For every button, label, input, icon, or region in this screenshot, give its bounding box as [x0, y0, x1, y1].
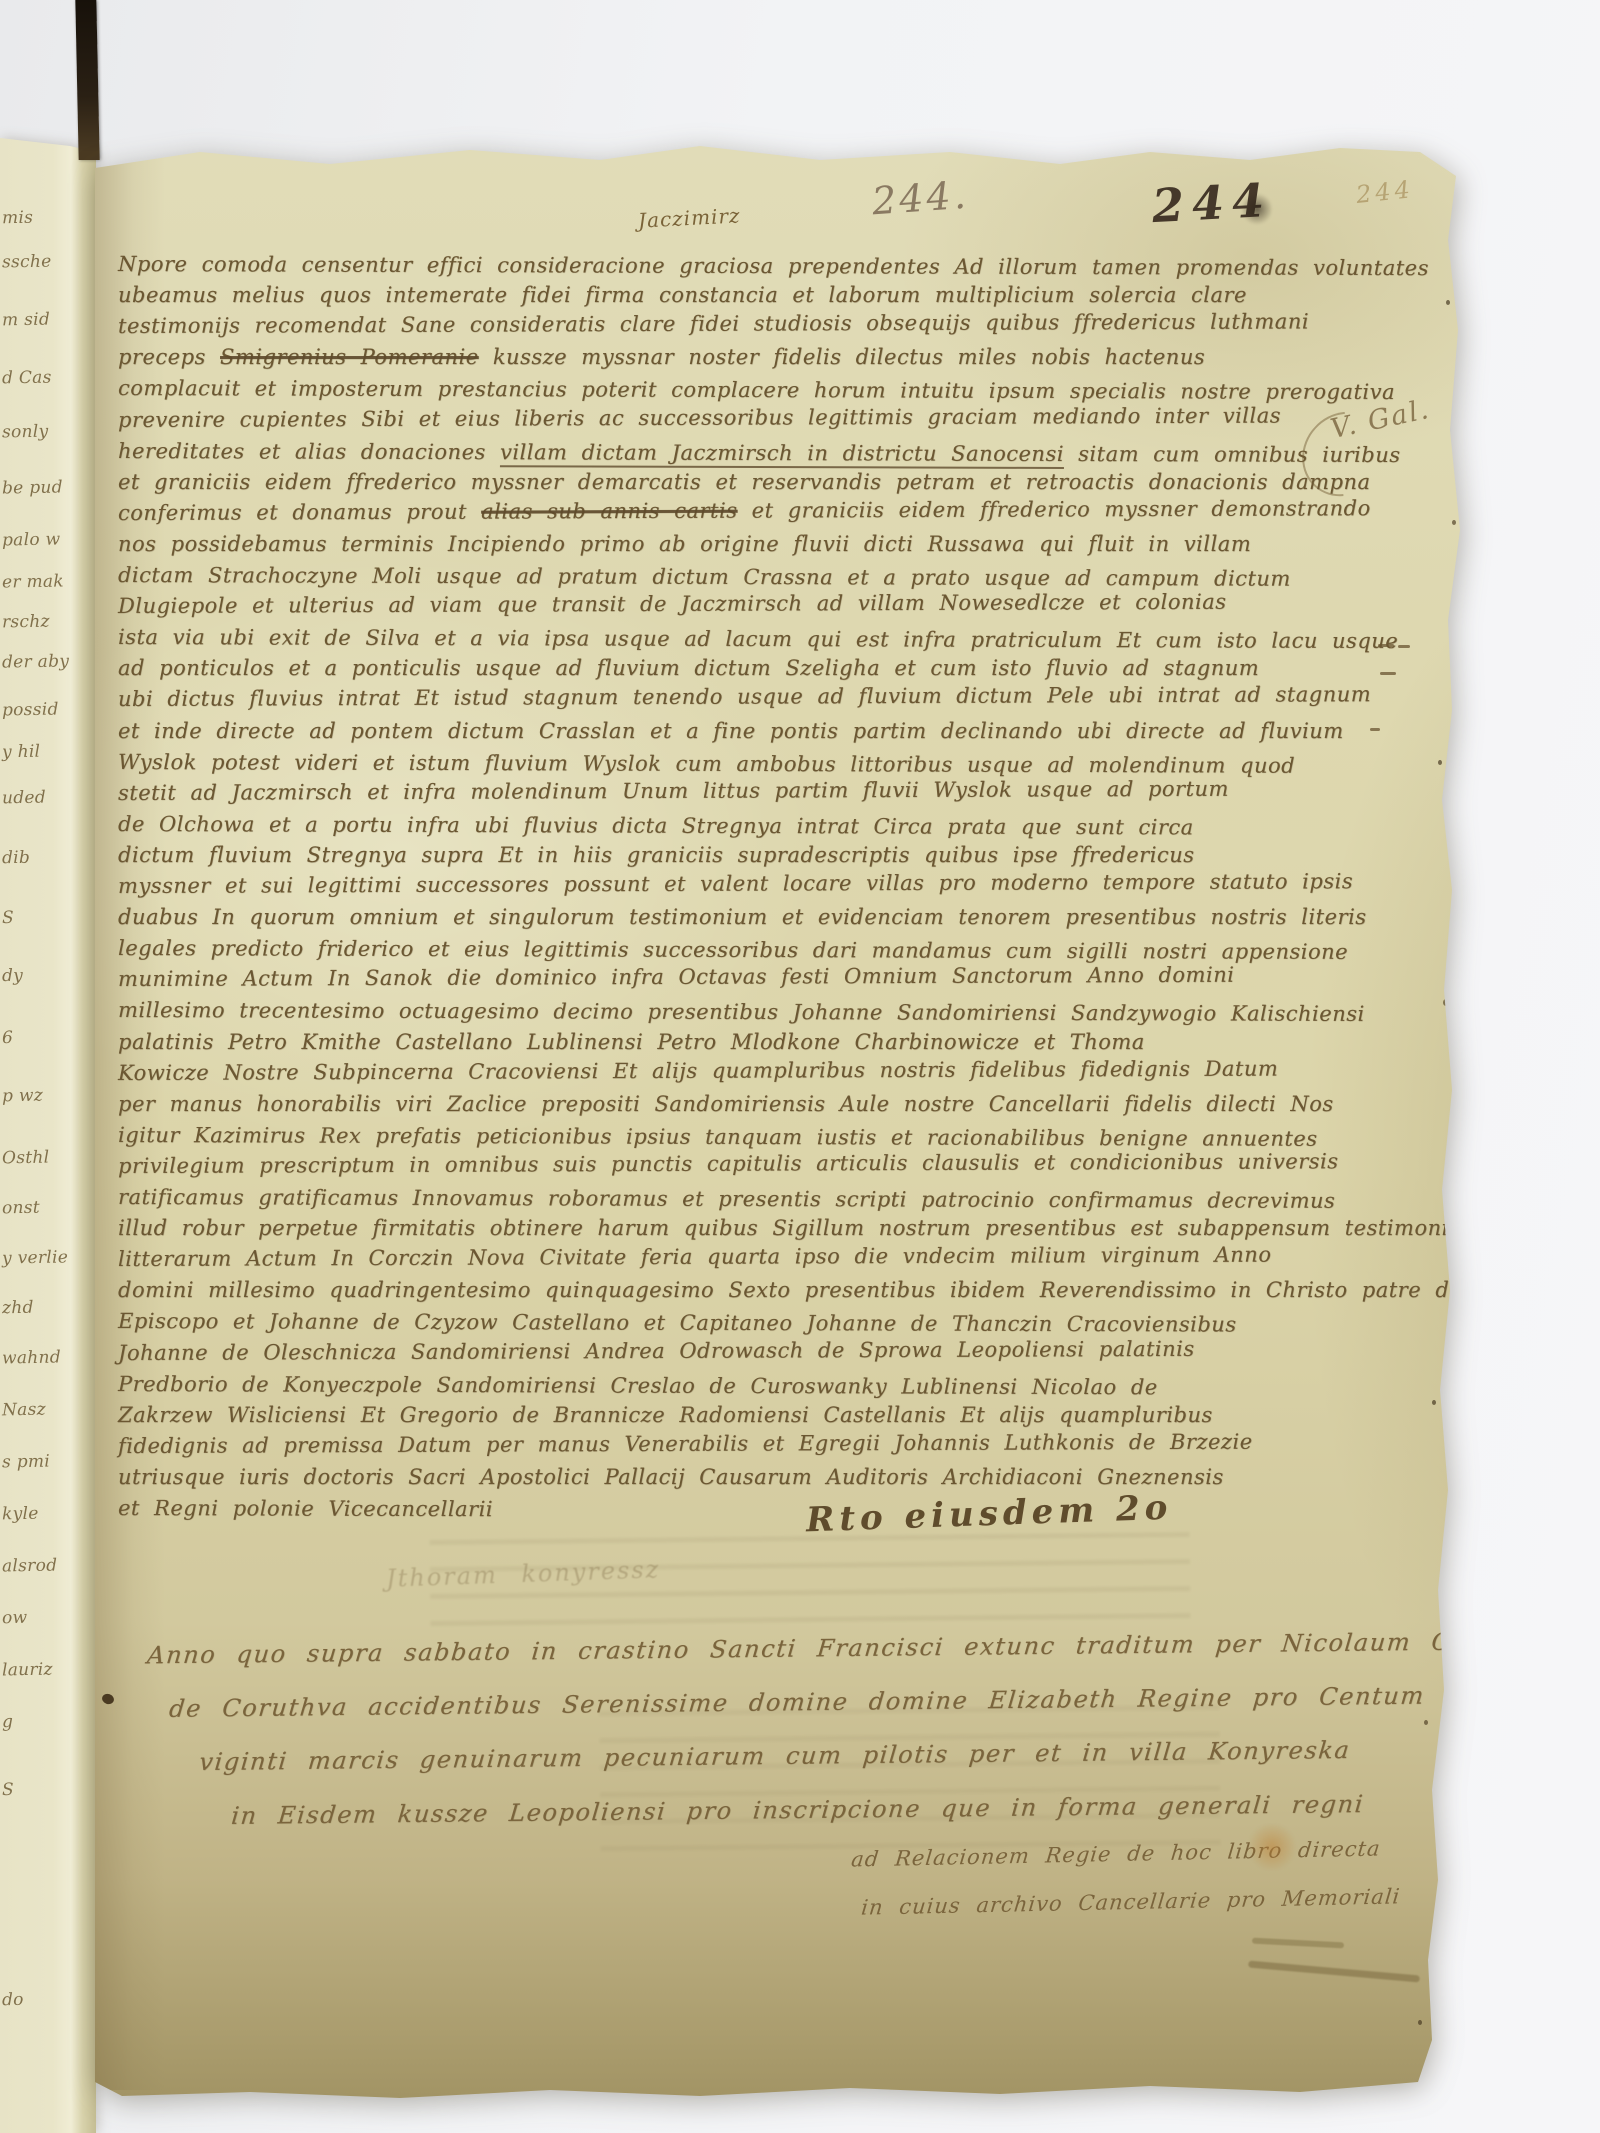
stain — [1246, 1824, 1298, 1870]
text-segment: et inde directe ad pontem dictum Crassla… — [118, 719, 1344, 743]
text-segment: Episcopo et Johanne de Czyzow Castellano… — [118, 1309, 1237, 1337]
text-line: stetit ad Jaczmirsch et infra molendinum… — [118, 776, 1229, 804]
text-segment-strike: alias sub annis cartis — [481, 498, 737, 523]
text-segment: privilegium prescriptum in omnibus suis … — [118, 1149, 1339, 1178]
text-line: Dlugiepole et ulterius ad viam que trans… — [118, 590, 1227, 618]
edge-dash — [1378, 644, 1394, 647]
text-segment: duabus In quorum omnium et singulorum te… — [118, 905, 1367, 929]
text-line: conferimus et donamus prout alias sub an… — [118, 496, 1371, 525]
text-line: dictum fluvium Stregnya supra Et in hiis… — [118, 843, 1195, 867]
page-number-center: 244. — [871, 173, 970, 224]
text-line: Kowicze Nostre Subpincerna Cracoviensi E… — [118, 1056, 1278, 1084]
text-segment: igitur Kazimirus Rex prefatis peticionib… — [118, 1123, 1318, 1151]
text-segment: Zakrzew Wisliciensi Et Gregorio de Brann… — [118, 1403, 1213, 1427]
text-line: testimonijs recomendat Sane consideratis… — [118, 310, 1309, 339]
text-segment: millesimo trecentesimo octuagesimo decim… — [118, 998, 1365, 1026]
text-segment-under: villam dictam Jaczmirsch in districtu Sa… — [500, 440, 1064, 469]
text-segment: de Olchowa et a portu infra ubi fluvius … — [118, 812, 1194, 839]
text-segment: ubeamus melius quos intemerate fidei fir… — [118, 283, 1247, 307]
text-line: Episcopo et Johanne de Czyzow Castellano… — [118, 1309, 1237, 1337]
text-line: domini millesimo quadringentesimo quinqu… — [118, 1278, 1600, 1302]
text-line: in cuius archivo Cancellarie pro Memoria… — [860, 1884, 1401, 1919]
text-line: dictam Strachoczyne Moli usque ad pratum… — [118, 563, 1291, 591]
text-segment: dictum fluvium Stregnya supra Et in hiis… — [118, 843, 1195, 867]
text-line: Npore comoda censentur effici considerac… — [118, 252, 1429, 280]
text-line: Johanne de Oleschnicza Sandomiriensi And… — [118, 1336, 1195, 1364]
text-segment: fidedignis ad premissa Datum per manus V… — [118, 1429, 1253, 1457]
bleedthrough — [430, 1524, 1191, 1628]
text-segment: complacuit et imposterum prestancius pot… — [118, 376, 1395, 404]
text-segment: dictam Strachoczyne Moli usque ad pratum… — [118, 563, 1291, 591]
text-line: Anno quo supra sabbato in crastino Sanct… — [146, 1627, 1552, 1670]
text-segment: ad ponticulos et a ponticulis usque ad f… — [118, 656, 1259, 680]
text-segment: Predborio de Konyeczpole Sandomiriensi C… — [118, 1372, 1158, 1399]
text-segment: Npore comoda censentur effici considerac… — [118, 252, 1429, 280]
edge-dash — [1370, 728, 1380, 731]
text-line: ratificamus gratificamus Innovamus robor… — [118, 1185, 1335, 1213]
text-line: et graniciis eidem ffrederico myssner de… — [118, 470, 1371, 494]
text-segment: et graniciis eidem ffrederico myssner de… — [118, 470, 1371, 494]
text-line: legales predicto friderico et eius legit… — [118, 936, 1348, 964]
text-segment: nos possidebamus terminis Incipiendo pri… — [118, 532, 1251, 556]
text-line: fidedignis ad premissa Datum per manus V… — [118, 1429, 1253, 1457]
text-line: duabus In quorum omnium et singulorum te… — [118, 905, 1367, 929]
text-line: millesimo trecentesimo octuagesimo decim… — [118, 998, 1365, 1026]
text-segment: litterarum Actum In Corczin Nova Civitat… — [118, 1243, 1272, 1271]
edge-dash — [1398, 645, 1410, 648]
text-line: myssner et sui legittimi successores pos… — [118, 869, 1353, 898]
text-segment: ista via ubi exit de Silva et a via ipsa… — [118, 625, 1398, 653]
text-line: et inde directe ad pontem dictum Crassla… — [118, 719, 1344, 743]
text-segment: et graniciis eidem ffrederico myssner de… — [737, 496, 1370, 522]
text-segment: utriusque iuris doctoris Sacri Apostolic… — [118, 1465, 1224, 1489]
text-segment: prevenire cupientes Sibi et eius liberis… — [118, 403, 1281, 431]
text-line: de Olchowa et a portu infra ubi fluvius … — [118, 812, 1194, 839]
text-line: munimine Actum In Sanok die dominico inf… — [118, 963, 1235, 991]
edge-specks — [1446, 300, 1450, 305]
text-segment: domini millesimo quadringentesimo quinqu… — [118, 1278, 1600, 1302]
page-wrap: Jaczimirz 244. 244 244 V. Gal. Npore com… — [0, 0, 1600, 2133]
text-segment: sitam cum omnibus iuribus — [1064, 442, 1401, 467]
text-segment: legales predicto friderico et eius legit… — [118, 936, 1348, 964]
text-segment: et Regni polonie Vicecancellarii — [118, 1496, 493, 1521]
text-line: ubi dictus fluvius intrat Et istud stagn… — [118, 683, 1371, 712]
text-segment: ubi dictus fluvius intrat Et istud stagn… — [118, 683, 1371, 712]
bleedthrough — [599, 1697, 1221, 1853]
text-segment: palatinis Petro Kmithe Castellano Lublin… — [118, 1030, 1145, 1054]
text-segment: conferimus et donamus prout — [118, 499, 481, 524]
text-segment: munimine Actum In Sanok die dominico inf… — [118, 963, 1235, 991]
text-line: hereditates et alias donaciones villam d… — [118, 439, 1401, 467]
text-line: litterarum Actum In Corczin Nova Civitat… — [118, 1243, 1272, 1271]
text-line: ista via ubi exit de Silva et a via ipsa… — [118, 625, 1398, 653]
text-segment: per manus honorabilis viri Zaclice prepo… — [118, 1092, 1334, 1116]
text-segment: testimonijs recomendat Sane consideratis… — [118, 310, 1309, 339]
text-segment: myssner et sui legittimi successores pos… — [118, 869, 1353, 898]
text-line: utriusque iuris doctoris Sacri Apostolic… — [118, 1465, 1224, 1489]
text-segment: Dlugiepole et ulterius ad viam que trans… — [118, 590, 1227, 618]
edge-dash — [1380, 672, 1396, 675]
text-line: prevenire cupientes Sibi et eius liberis… — [118, 403, 1281, 431]
text-line: Zakrzew Wisliciensi Et Gregorio de Brann… — [118, 1403, 1213, 1427]
text-segment: hereditates et alias donaciones — [118, 439, 500, 464]
page-number-corner: 244 — [1355, 175, 1415, 209]
crease-mark — [1252, 1938, 1344, 1949]
manuscript-page: Jaczimirz 244. 244 244 V. Gal. Npore com… — [0, 0, 1600, 2133]
text-line: ad ponticulos et a ponticulis usque ad f… — [118, 656, 1259, 680]
text-line: Wyslok potest videri et istum fluvium Wy… — [118, 750, 1295, 778]
text-line: nos possidebamus terminis Incipiendo pri… — [118, 532, 1251, 556]
text-line: complacuit et imposterum prestancius pot… — [118, 376, 1395, 404]
text-segment: Kowicze Nostre Subpincerna Cracoviensi E… — [118, 1056, 1278, 1084]
text-line: privilegium prescriptum in omnibus suis … — [118, 1149, 1339, 1178]
text-line: ubeamus melius quos intemerate fidei fir… — [118, 283, 1247, 307]
text-segment: preceps — [118, 345, 220, 369]
text-segment: kussze myssnar noster fidelis dilectus m… — [479, 345, 1206, 369]
text-line: igitur Kazimirus Rex prefatis peticionib… — [118, 1123, 1318, 1151]
text-line: illud robur perpetue firmitatis obtinere… — [118, 1216, 1462, 1240]
text-segment-strike: Smigrenius Pomeranie — [220, 345, 479, 369]
ink-smudge — [1242, 192, 1272, 226]
text-line: Predborio de Konyeczpole Sandomiriensi C… — [118, 1372, 1158, 1399]
text-line: preceps Smigrenius Pomeranie kussze myss… — [118, 345, 1205, 369]
text-line: et Regni polonie Vicecancellarii — [118, 1496, 493, 1521]
text-line: palatinis Petro Kmithe Castellano Lublin… — [118, 1030, 1145, 1054]
crease-mark — [1248, 1961, 1420, 1983]
text-segment: stetit ad Jaczmirsch et infra molendinum… — [118, 776, 1229, 804]
text-segment: ratificamus gratificamus Innovamus robor… — [118, 1185, 1335, 1213]
text-segment: Wyslok potest videri et istum fluvium Wy… — [118, 750, 1295, 778]
manuscript-scan: missschem sidd Cassonlybe pudpalo wer ma… — [0, 0, 1600, 2133]
text-line: per manus honorabilis viri Zaclice prepo… — [118, 1092, 1334, 1116]
text-segment: illud robur perpetue firmitatis obtinere… — [118, 1216, 1462, 1240]
text-segment: Johanne de Oleschnicza Sandomiriensi And… — [118, 1336, 1195, 1364]
header-word: Jaczimirz — [637, 203, 741, 232]
